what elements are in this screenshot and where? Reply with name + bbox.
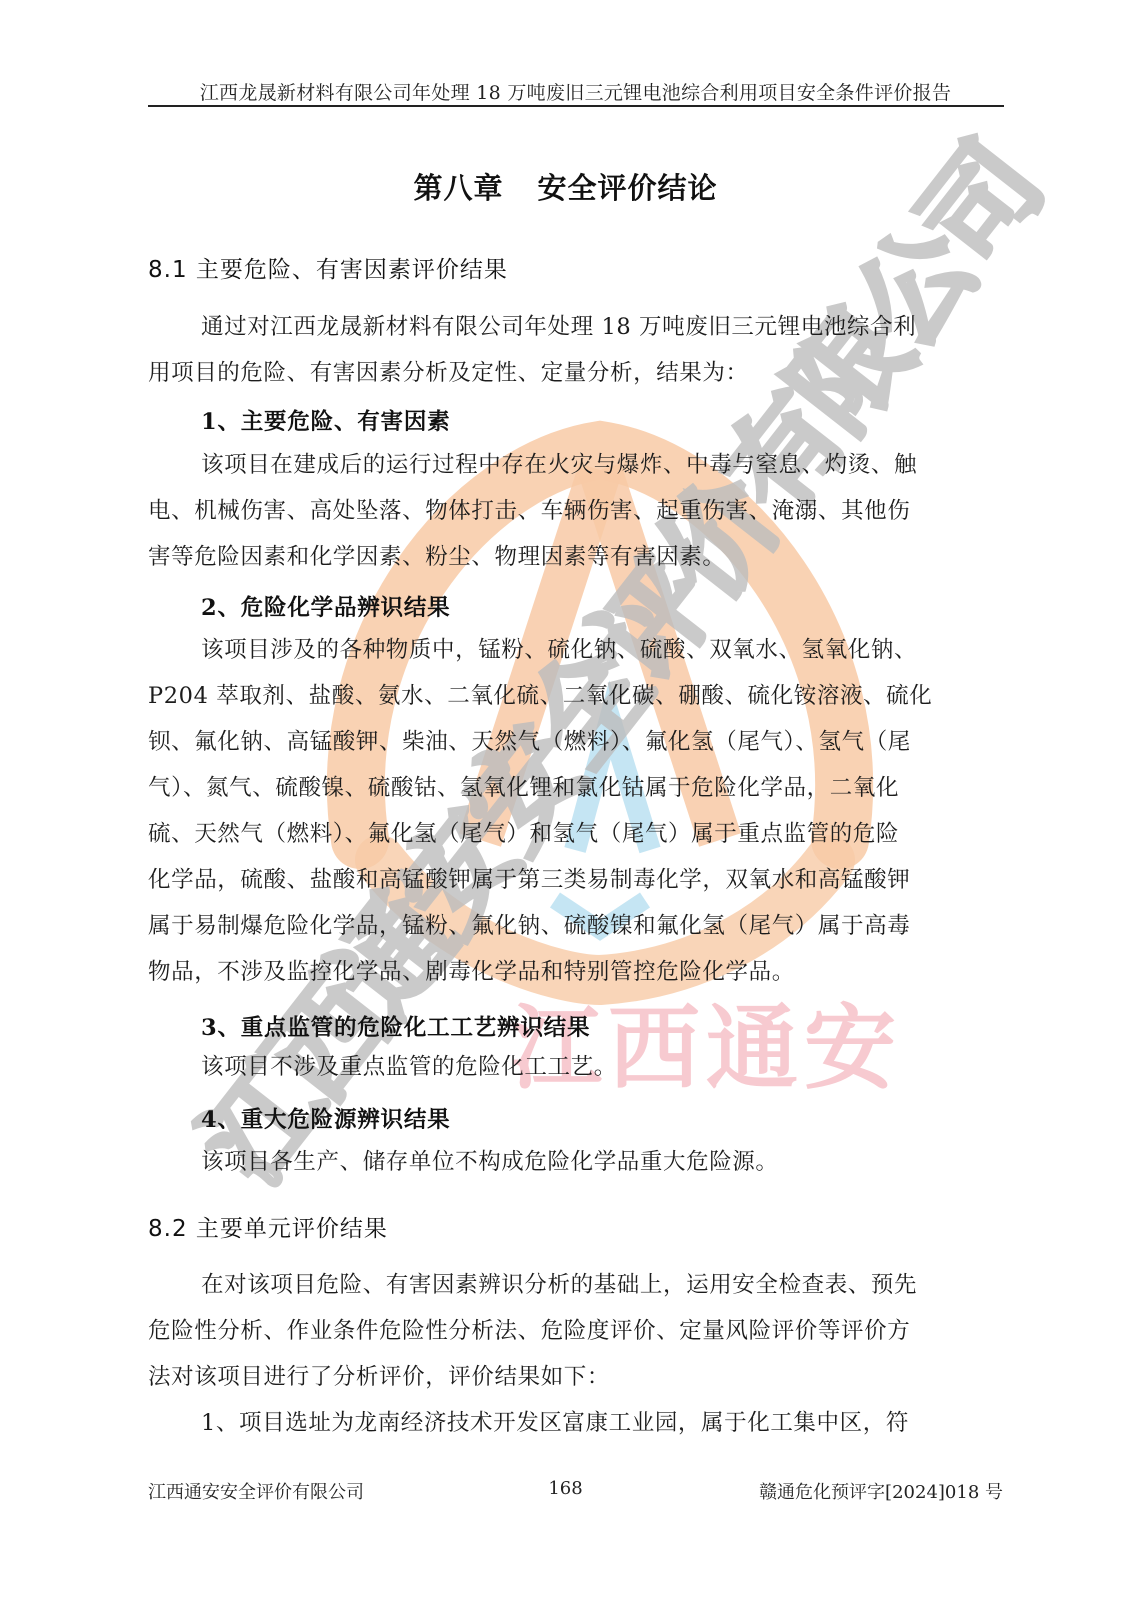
text-line: 该项目各生产、储存单位不构成危险化学品重大危险源。 xyxy=(148,1139,1006,1185)
text-line: 该项目在建成后的运行过程中存在火灾与爆炸、中毒与窒息、灼烫、触 xyxy=(148,442,1006,488)
item-heading-3: 3、重点监管的危险化工工艺辨识结果 xyxy=(201,1010,590,1042)
text-line: 用项目的危险、有害因素分析及定性、定量分析，结果为： xyxy=(148,350,1006,396)
text-line: 该项目不涉及重点监管的危险化工工艺。 xyxy=(148,1044,1006,1090)
text-line: 属于易制爆危险化学品，锰粉、氟化钠、硫酸镍和氟化氢（尾气）属于高毒 xyxy=(148,903,1006,949)
text-line: 物品，不涉及监控化学品、剧毒化学品和特别管控危险化学品。 xyxy=(148,949,1006,995)
item-heading-2: 2、危险化学品辨识结果 xyxy=(201,590,450,622)
text-line: 通过对江西龙晟新材料有限公司年处理 18 万吨废旧三元锂电池综合利 xyxy=(148,304,1006,350)
section-heading-8-1: 8.1 主要危险、有害因素评价结果 xyxy=(148,251,508,284)
text-line: 危险性分析、作业条件危险性分析法、危险度评价、定量风险评价等评价方 xyxy=(148,1308,1006,1354)
text-line: 电、机械伤害、高处坠落、物体打击、车辆伤害、起重伤害、淹溺、其他伤 xyxy=(148,488,1006,534)
item-body-4: 该项目各生产、储存单位不构成危险化学品重大危险源。 xyxy=(148,1139,1006,1185)
text-line: 在对该项目危险、有害因素辨识分析的基础上，运用安全检查表、预先 xyxy=(148,1262,1006,1308)
section-8-1-intro: 通过对江西龙晟新材料有限公司年处理 18 万吨废旧三元锂电池综合利 用项目的危险… xyxy=(148,304,1006,396)
item-heading-4: 4、重大危险源辨识结果 xyxy=(201,1102,450,1134)
text-line: 硫、天然气（燃料）、氟化氢（尾气）和氢气（尾气）属于重点监管的危险 xyxy=(148,811,1006,857)
item-heading-1: 1、主要危险、有害因素 xyxy=(201,404,450,436)
text-line: 钡、氟化钠、高锰酸钾、柴油、天然气（燃料）、氟化氢（尾气）、氢气（尾 xyxy=(148,719,1006,765)
footer-document-number: 赣通危化预评字[2024]018 号 xyxy=(759,1478,1003,1504)
text-line: 化学品，硫酸、盐酸和高锰酸钾属于第三类易制毒化学，双氧水和高锰酸钾 xyxy=(148,857,1006,903)
running-header: 江西龙晟新材料有限公司年处理 18 万吨废旧三元锂电池综合利用项目安全条件评价报… xyxy=(148,78,1003,105)
item-body-3: 该项目不涉及重点监管的危险化工工艺。 xyxy=(148,1044,1006,1090)
chapter-title: 第八章安全评价结论 xyxy=(0,166,1131,207)
text-line: 气）、氮气、硫酸镍、硫酸钴、氢氧化锂和氯化钴属于危险化学品，二氧化 xyxy=(148,765,1006,811)
text-line: 法对该项目进行了分析评价，评价结果如下： xyxy=(148,1354,1006,1400)
page-content: 江西龙晟新材料有限公司年处理 18 万吨废旧三元锂电池综合利用项目安全条件评价报… xyxy=(0,0,1131,1600)
text-line: P204 萃取剂、盐酸、氨水、二氧化硫、二氧化碳、硼酸、硫化铵溶液、硫化 xyxy=(148,673,1006,719)
header-rule xyxy=(148,105,1004,107)
section-8-2-body: 在对该项目危险、有害因素辨识分析的基础上，运用安全检查表、预先 危险性分析、作业… xyxy=(148,1262,1006,1446)
text-line: 害等危险因素和化学因素、粉尘、物理因素等有害因素。 xyxy=(148,534,1006,580)
chapter-number: 第八章 xyxy=(413,171,503,205)
section-heading-8-2: 8.2 主要单元评价结果 xyxy=(148,1210,388,1243)
item-body-2: 该项目涉及的各种物质中，锰粉、硫化钠、硫酸、双氧水、氢氧化钠、 P204 萃取剂… xyxy=(148,627,1006,995)
chapter-name: 安全评价结论 xyxy=(538,171,718,205)
text-line: 1、项目选址为龙南经济技术开发区富康工业园，属于化工集中区，符 xyxy=(148,1400,1006,1446)
document-page: 江西通安 江西通安安全评价有限公司 江西龙晟新材料有限公司年处理 18 万吨废旧… xyxy=(0,0,1131,1600)
item-body-1: 该项目在建成后的运行过程中存在火灾与爆炸、中毒与窒息、灼烫、触 电、机械伤害、高… xyxy=(148,442,1006,580)
text-line: 该项目涉及的各种物质中，锰粉、硫化钠、硫酸、双氧水、氢氧化钠、 xyxy=(148,627,1006,673)
